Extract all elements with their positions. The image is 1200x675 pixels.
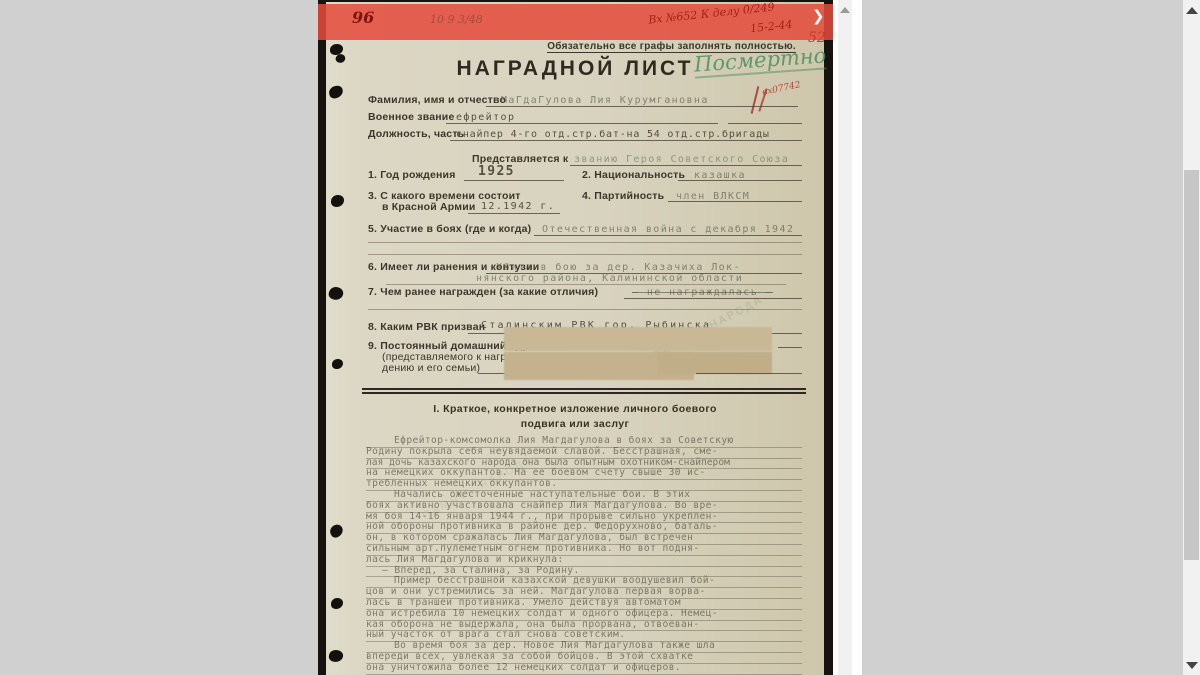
prior-awards-label: 7. Чем ранее награжден (за какие отличия… bbox=[368, 286, 598, 298]
rule-line bbox=[778, 347, 802, 348]
document-viewer-panel: ПАМЯТЬ НАРОДА ПАМЯТЬ НАРОДА Обязательно … bbox=[318, 0, 862, 675]
banner-mark-center: 10 9 3/48 bbox=[430, 13, 483, 26]
red-stamp-banner: 96 10 9 3/48 Вх №652 К делу 0/249 15-2-4… bbox=[318, 4, 833, 40]
rvk-label: 8. Каким РВК призван bbox=[368, 321, 485, 333]
punch-hole bbox=[331, 598, 343, 609]
presented-value: званию Героя Советского Союза bbox=[574, 154, 789, 165]
name-label: Фамилия, имя и отчество bbox=[368, 94, 506, 106]
rule-line bbox=[450, 140, 802, 141]
rule-line bbox=[486, 106, 798, 107]
rule-line bbox=[368, 254, 802, 255]
position-value: снайпер 4-го отд.стр.бат-на 54 отд.стр.б… bbox=[456, 129, 770, 140]
battles-label: 5. Участие в боях (где и когда) bbox=[368, 223, 531, 235]
rank-value: ефрейтор bbox=[456, 112, 515, 123]
scroll-up-icon[interactable] bbox=[1186, 7, 1198, 14]
redaction-box bbox=[504, 327, 772, 351]
typed-line: она уничтожила более 12 немецких солдат … bbox=[366, 663, 802, 675]
punch-hole bbox=[327, 285, 345, 302]
position-label: Должность, часть bbox=[368, 128, 464, 140]
banner-mark-left: 96 bbox=[352, 8, 374, 27]
redaction-box bbox=[658, 352, 772, 374]
party-label: 4. Партийность bbox=[582, 190, 664, 202]
document-scrollbar[interactable] bbox=[838, 0, 852, 675]
service-since-label2: в Красной Армии bbox=[382, 201, 476, 213]
nationality-label: 2. Национальность bbox=[582, 169, 685, 181]
section-divider bbox=[362, 388, 806, 390]
section-heading: I. Краткое, конкретное изложение личного… bbox=[326, 403, 824, 415]
birth-year-value: 1925 bbox=[478, 164, 515, 179]
scrollbar-thumb[interactable] bbox=[1184, 170, 1199, 560]
banner-mark-below: 52 bbox=[808, 30, 826, 46]
rule-line bbox=[368, 309, 802, 310]
rule-line bbox=[534, 235, 802, 236]
punch-hole bbox=[328, 84, 345, 99]
scroll-up-icon[interactable] bbox=[840, 7, 850, 13]
service-since-value: 12.1942 г. bbox=[481, 201, 555, 212]
collapse-chevron-button[interactable]: ❯ bbox=[812, 7, 825, 25]
rule-line bbox=[570, 165, 802, 166]
battles-value: Отечественная война с декабря 1942 bbox=[542, 224, 794, 235]
wounds-value-2: нянского района, Калининской области bbox=[476, 273, 743, 284]
section-heading: подвига или заслуг bbox=[326, 418, 824, 430]
punch-hole bbox=[328, 523, 345, 539]
rule-line bbox=[464, 180, 564, 181]
section-divider bbox=[362, 392, 806, 394]
scanned-document: ПАМЯТЬ НАРОДА ПАМЯТЬ НАРОДА Обязательно … bbox=[318, 0, 833, 675]
punch-hole bbox=[332, 359, 343, 369]
wounds-value-1: Убита в бою за дер. Казачиха Лок- bbox=[496, 262, 741, 273]
rule-line bbox=[446, 123, 718, 124]
punch-hole bbox=[331, 195, 344, 207]
rule-line bbox=[668, 201, 802, 202]
birth-year-label: 1. Год рождения bbox=[368, 169, 456, 181]
window-scrollbar[interactable] bbox=[1183, 0, 1200, 675]
rank-label: Военное звание bbox=[368, 111, 455, 123]
punch-hole bbox=[328, 649, 344, 663]
rule-line bbox=[368, 242, 802, 243]
rule-line bbox=[696, 373, 802, 374]
award-sheet-paper: ПАМЯТЬ НАРОДА ПАМЯТЬ НАРОДА Обязательно … bbox=[326, 2, 824, 675]
rule-line bbox=[678, 180, 802, 181]
rule-line bbox=[728, 123, 802, 124]
page: ПАМЯТЬ НАРОДА ПАМЯТЬ НАРОДА Обязательно … bbox=[0, 0, 1200, 675]
scroll-down-icon[interactable] bbox=[1186, 662, 1198, 669]
prior-awards-value: — не награждалась — bbox=[632, 287, 773, 298]
rule-line bbox=[624, 298, 802, 299]
address-label-3: дению и его семьи) bbox=[382, 362, 480, 374]
banner-mark-right-2: 15-2-44 bbox=[749, 18, 793, 35]
name-value: МаГдаГулова Лия Курумгановна bbox=[501, 95, 709, 106]
rule-line bbox=[468, 213, 560, 214]
rule-line bbox=[386, 284, 786, 285]
